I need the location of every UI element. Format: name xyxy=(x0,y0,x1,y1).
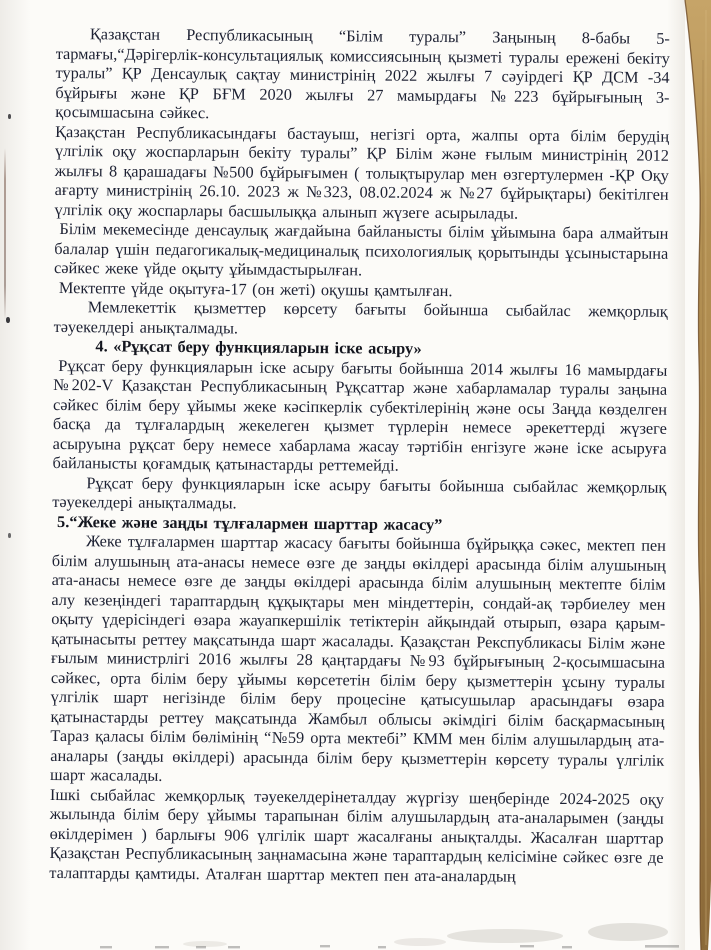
scan-speck xyxy=(6,317,10,323)
paragraph: Қазақстан Республикасының “Білім туралы”… xyxy=(55,24,670,126)
scan-scratch-line xyxy=(4,148,6,320)
scan-edge-strip xyxy=(679,0,711,950)
paragraph: Ішкі сыбайлас жемқорлық тәуекелдерінетал… xyxy=(49,784,664,886)
paragraph: Рұқсат беру функцияларын іске асыру бағы… xyxy=(52,472,666,516)
scan-bottom-smudges xyxy=(0,920,711,950)
scan-edge-shadow xyxy=(667,0,685,950)
paragraph: Жеке тұлғалармен шарттар жасасу бағыты б… xyxy=(50,531,666,789)
paragraph: Қазақстан Республикасындағы бастауыш, не… xyxy=(54,121,669,223)
scan-speck xyxy=(8,533,11,538)
scan-speck xyxy=(8,114,11,119)
scanned-page: { "page": { "kind": "scanned-document", … xyxy=(0,0,711,950)
scan-left-vignette xyxy=(0,0,34,950)
paragraph: Мемлекеттік қызметтер көрсету бағыты бой… xyxy=(54,297,668,341)
paragraph: Білім мекемесінде денсаулық жағдайына ба… xyxy=(54,219,668,282)
paragraph: Рұқсат беру функцияларын іске асыру бағы… xyxy=(52,355,667,477)
document-body: Қазақстан Республикасының “Білім туралы”… xyxy=(49,24,670,887)
